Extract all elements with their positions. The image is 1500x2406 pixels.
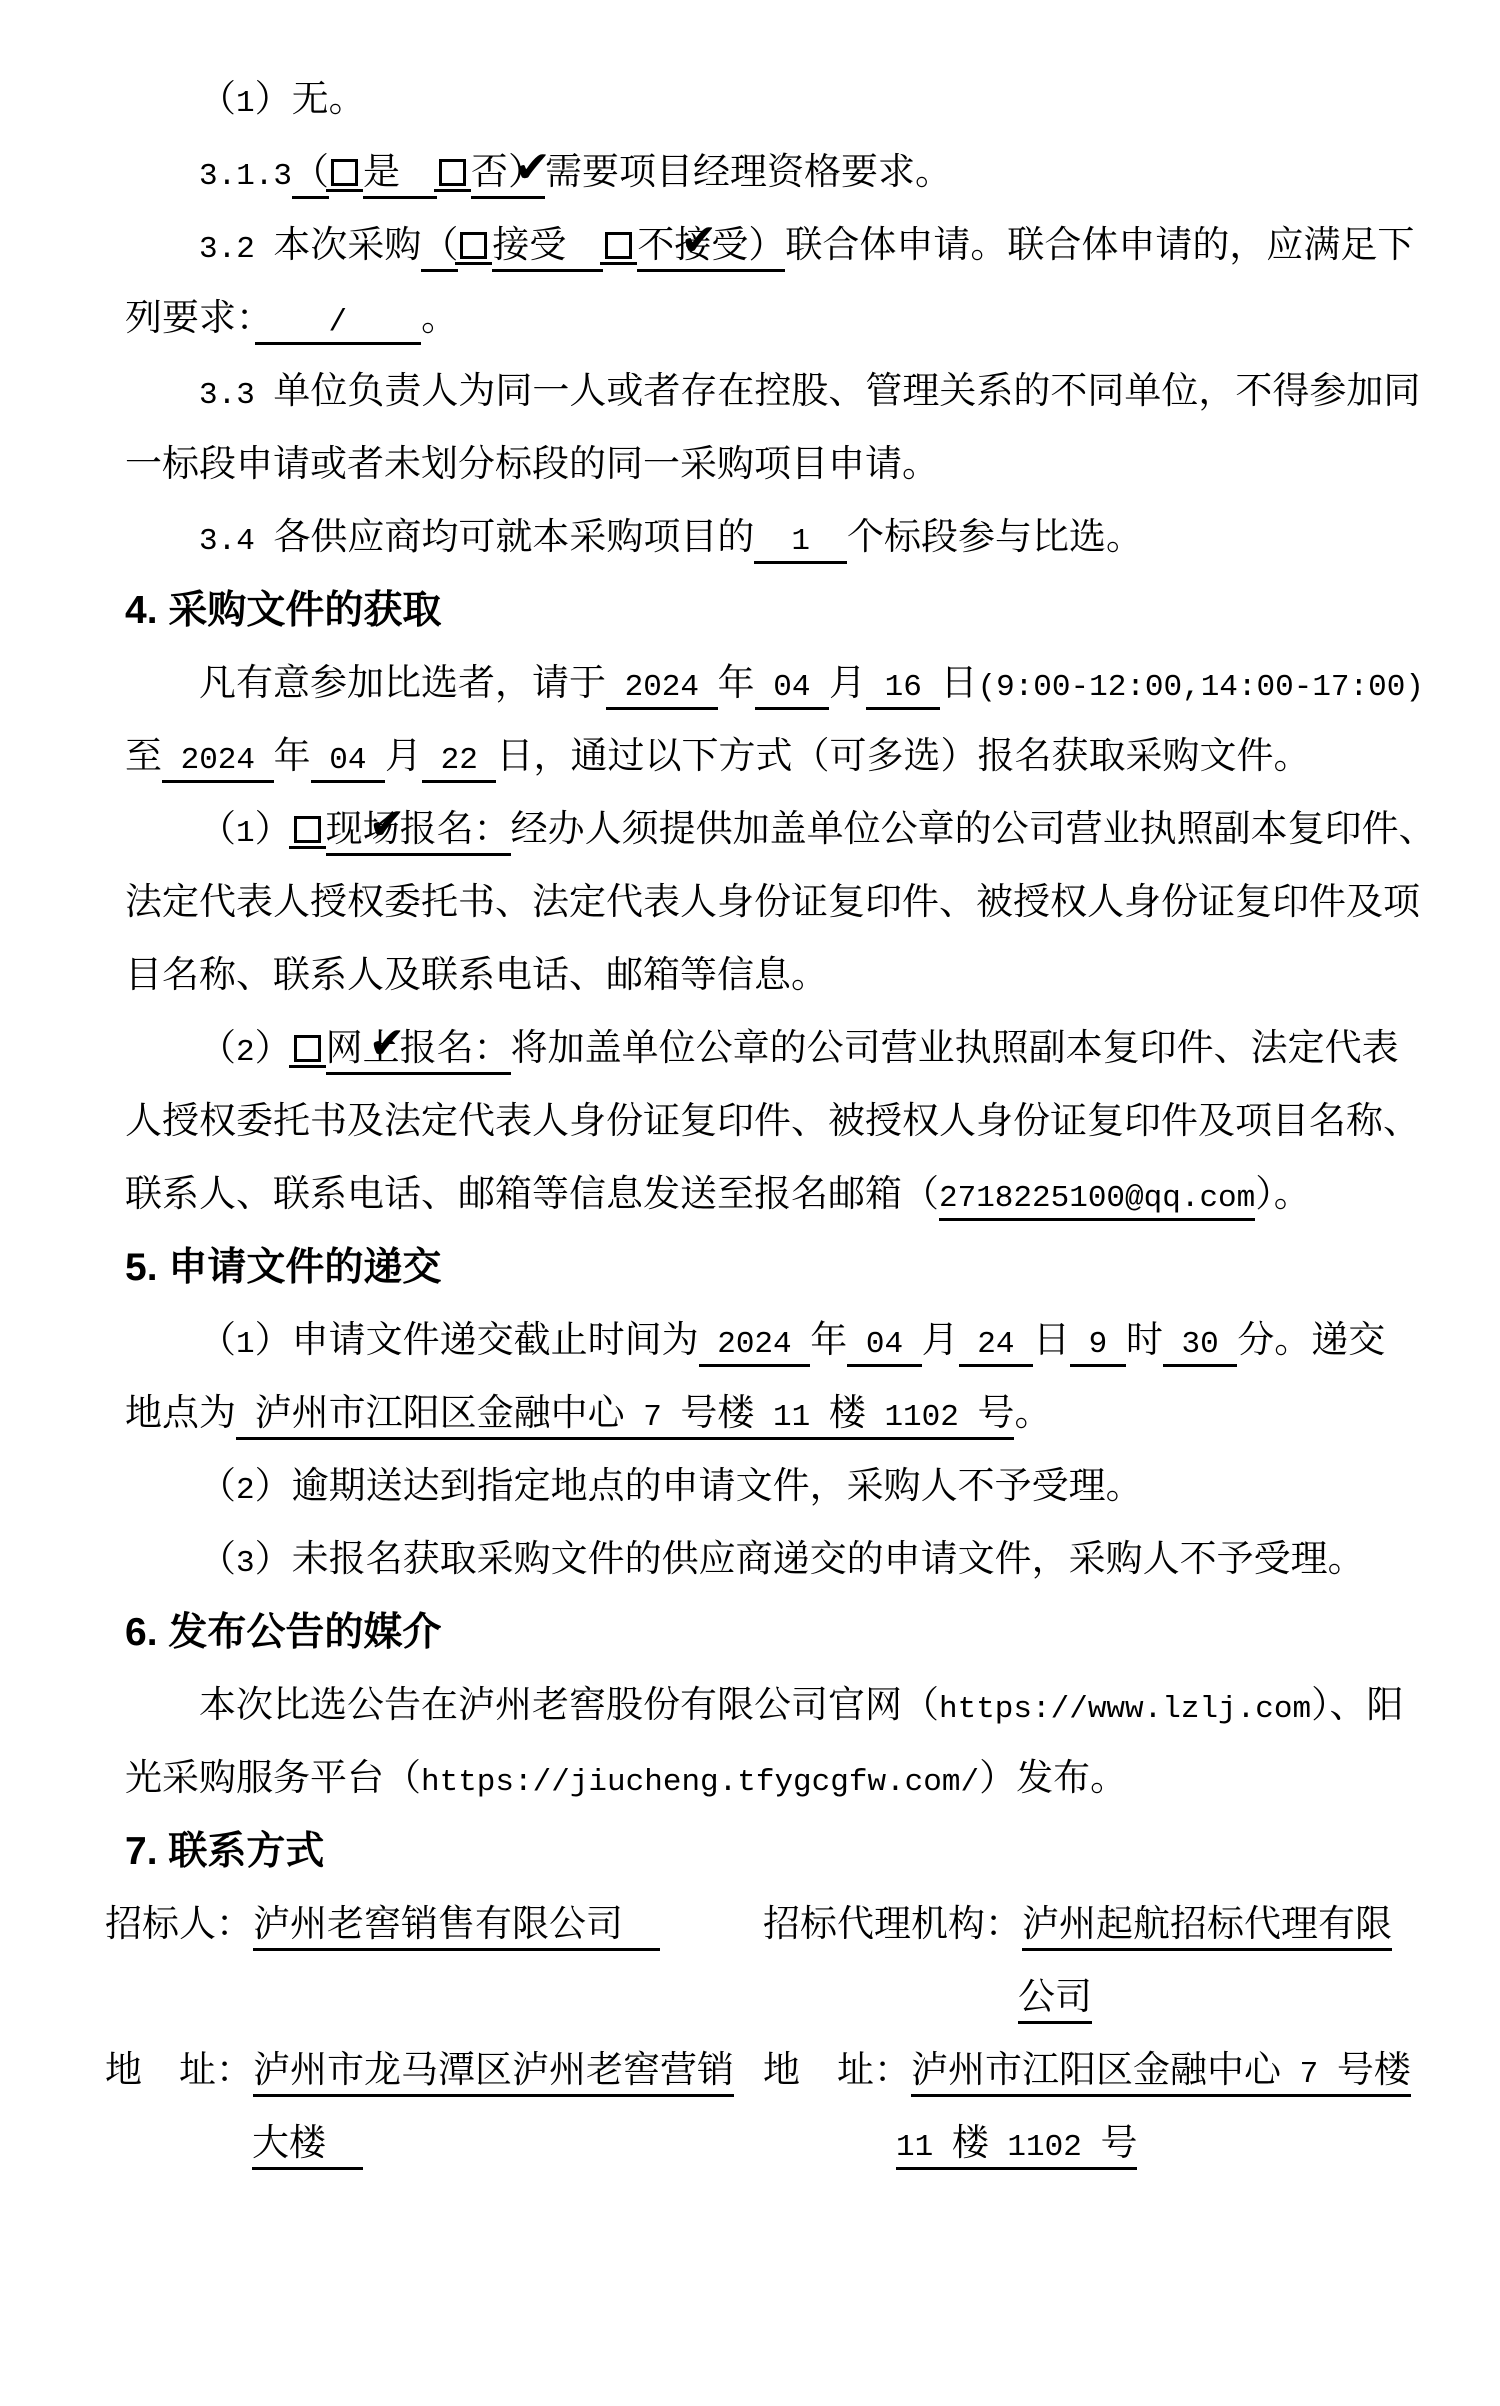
section-5-item-1-line-2: 地点为 泸州市江阳区金融中心 7 号楼 11 楼 1102 号。 bbox=[125, 1377, 1500, 1450]
latin-text bbox=[236, 1400, 255, 1435]
latin-text: 2024 bbox=[699, 1327, 811, 1362]
item-onsite-signup-line-2: 法定代表人授权委托书、法定代表人身份证复印件、被授权人身份证复印件及项 bbox=[125, 866, 1500, 939]
latin-text: 22 bbox=[422, 743, 496, 778]
latin-text: 24 bbox=[959, 1327, 1033, 1362]
text-run: 。 bbox=[1014, 1393, 1051, 1434]
underlined-text: 04 bbox=[311, 736, 385, 783]
text-run: 6. 发布公告的媒介 bbox=[125, 1611, 441, 1654]
text-run: 一标段申请或者未划分标段的同一采购项目申请。 bbox=[125, 444, 939, 485]
underlined-text: 2718225100@qq.com bbox=[939, 1174, 1255, 1221]
contact-row-addresses-continuation-col-1: 大楼 bbox=[252, 2107, 363, 2180]
underlined-text: 22 bbox=[422, 736, 496, 783]
item-online-signup-line-2: 人授权委托书及法定代表人身份证复印件、被授权人身份证复印件及项目名称、 bbox=[125, 1085, 1500, 1158]
item-onsite-signup-line-1: （1）现场报名：经办人须提供加盖单位公章的公司营业执照副本复印件、 bbox=[125, 793, 1500, 866]
latin-text: https://www.lzlj.com bbox=[939, 1692, 1311, 1727]
latin-text: / bbox=[329, 305, 348, 340]
text-run: 月 bbox=[922, 1320, 959, 1361]
text-run: 日，通过以下方式（可多选）报名获取采购文件。 bbox=[496, 736, 1310, 777]
document-page: （1）无。3.1.3（是 否）需要项目经理资格要求。3.2 本次采购（接受 不接… bbox=[0, 0, 1500, 2406]
clause-3-1-3: 3.1.3（是 否）需要项目经理资格要求。 bbox=[125, 136, 1500, 209]
text-run: 日 bbox=[1033, 1320, 1070, 1361]
clause-3-2-line-2: 列要求： / 。 bbox=[125, 282, 1500, 355]
item-online-signup-line-3: 联系人、联系电话、邮箱等信息发送至报名邮箱（2718225100@qq.com）… bbox=[125, 1158, 1500, 1231]
text-run: 5. 申请文件的递交 bbox=[125, 1246, 441, 1289]
underlined-text: 泸州市江阳区金融中心 7 号楼 11 楼 1102 号 bbox=[236, 1393, 1014, 1440]
latin-text: 1102 bbox=[989, 2130, 1101, 2165]
contact-row-addresses-col-1: 地 址：泸州市龙马潭区泸州老窖营销 bbox=[105, 2034, 734, 2107]
section-4-heading: 4. 采购文件的获取 bbox=[125, 574, 1500, 647]
underlined-text: / bbox=[255, 298, 422, 345]
section-5-item-1-line-1: （1）申请文件递交截止时间为 2024 年 04 月 24 日 9 时 30 分… bbox=[125, 1304, 1500, 1377]
text-run: 至 bbox=[125, 736, 162, 777]
text-run: 光采购服务平台（https://jiucheng.tfygcgfw.com/）发… bbox=[125, 1758, 1127, 1799]
item-online-signup-line-1: （2）网上报名：将加盖单位公章的公司营业执照副本复印件、法定代表 bbox=[125, 1012, 1500, 1085]
section-7-heading: 7. 联系方式 bbox=[125, 1815, 1500, 1888]
checkbox-empty-icon bbox=[460, 232, 487, 259]
underlined-text: 9 bbox=[1070, 1320, 1126, 1367]
text-run: 分。递交 bbox=[1237, 1320, 1385, 1361]
underlined-text: 泸州市江阳区金融中心 7 号楼 bbox=[911, 2050, 1411, 2097]
underlined-text: 大楼 bbox=[252, 2123, 363, 2170]
clause-3-3-line-1: 3.3 单位负责人为同一人或者存在控股、管理关系的不同单位，不得参加同 bbox=[125, 355, 1500, 428]
text-run: （2） bbox=[199, 1028, 292, 1069]
checkbox-checked-icon bbox=[605, 232, 632, 259]
text-run: 目名称、联系人及联系电话、邮箱等信息。 bbox=[125, 955, 828, 996]
contact-row-agency-continuation-col-1: 公司 bbox=[1018, 1961, 1092, 2034]
underlined-text: 30 bbox=[1163, 1320, 1237, 1367]
text-run: 列要求： bbox=[125, 298, 255, 339]
underlined-text: 16 bbox=[866, 663, 940, 710]
text-run: 法定代表人授权委托书、法定代表人身份证复印件、被授权人身份证复印件及项 bbox=[125, 882, 1420, 923]
text-run: 7. 联系方式 bbox=[125, 1830, 324, 1873]
section-6-para-line-2: 光采购服务平台（https://jiucheng.tfygcgfw.com/）发… bbox=[125, 1742, 1500, 1815]
text-run: 需要项目经理资格要求。 bbox=[545, 152, 952, 193]
underlined-text: 2024 bbox=[606, 663, 718, 710]
underlined-text: 泸州市龙马潭区泸州老窖营销 bbox=[253, 2050, 734, 2097]
contact-row-addresses-col-2: 地 址：泸州市江阳区金融中心 7 号楼 bbox=[763, 2034, 1411, 2111]
checkbox-checked-icon bbox=[294, 816, 321, 843]
underlined-text: 04 bbox=[755, 663, 829, 710]
contact-row-agency-continuation: 公司 bbox=[125, 1961, 1500, 2034]
latin-text: 3.4 bbox=[199, 524, 273, 559]
text-run: 招标代理机构： bbox=[763, 1904, 1022, 1945]
latin-text: 04 bbox=[847, 1327, 921, 1362]
contact-row-names: 招标人：泸州老窖销售有限公司 招标代理机构：泸州起航招标代理有限 bbox=[125, 1888, 1500, 1961]
text-run: 3.1.3 bbox=[199, 152, 292, 193]
latin-text: 2 bbox=[236, 1035, 255, 1070]
underlined-text: 11 楼 1102 号 bbox=[896, 2123, 1137, 2170]
latin-text: 30 bbox=[1163, 1327, 1237, 1362]
latin-text: https://jiucheng.tfygcgfw.com/ bbox=[421, 1765, 979, 1800]
section-6-para-line-1: 本次比选公告在泸州老窖股份有限公司官网（https://www.lzlj.com… bbox=[125, 1669, 1500, 1742]
latin-text: 3.2 bbox=[199, 232, 273, 267]
contact-row-addresses: 地 址：泸州市龙马潭区泸州老窖营销地 址：泸州市江阳区金融中心 7 号楼 bbox=[125, 2034, 1500, 2107]
underlined-text: 2024 bbox=[162, 736, 274, 783]
text-run: 人授权委托书及法定代表人身份证复印件、被授权人身份证复印件及项目名称、 bbox=[125, 1101, 1420, 1142]
item-onsite-signup-line-3: 目名称、联系人及联系电话、邮箱等信息。 bbox=[125, 939, 1500, 1012]
section-5-item-3: （3）未报名获取采购文件的供应商递交的申请文件，采购人不予受理。 bbox=[125, 1523, 1500, 1596]
contact-row-names-col-1: 招标人：泸州老窖销售有限公司 bbox=[105, 1888, 660, 1961]
clause-3-4: 3.4 各供应商均可就本采购项目的 1 个标段参与比选。 bbox=[125, 501, 1500, 574]
underlined-text: 泸州起航招标代理有限 bbox=[1022, 1904, 1392, 1951]
contact-row-addresses-continuation-col-2: 11 楼 1102 号 bbox=[896, 2107, 1137, 2184]
text-run: 招标人： bbox=[105, 1904, 253, 1945]
text-run: 联合体申请。联合体申请的，应满足下 bbox=[785, 225, 1414, 266]
latin-text: 2 bbox=[236, 1473, 255, 1508]
text-run: 4. 采购文件的获取 bbox=[125, 589, 441, 632]
latin-text: 16 bbox=[866, 670, 940, 705]
text-run: 年 bbox=[810, 1320, 847, 1361]
section-5-heading: 5. 申请文件的递交 bbox=[125, 1231, 1500, 1304]
latin-text: 1 bbox=[236, 816, 255, 851]
underlined-text: 2024 bbox=[699, 1320, 811, 1367]
latin-text: 7 bbox=[625, 1400, 681, 1435]
underlined-text: 1 bbox=[754, 517, 847, 564]
text-run: （1）申请文件递交截止时间为 bbox=[199, 1320, 699, 1361]
text-run: （2）逾期送达到指定地点的申请文件，采购人不予受理。 bbox=[199, 1466, 1143, 1507]
checkbox-checked-icon bbox=[294, 1035, 321, 1062]
underlined-text: 接受 bbox=[492, 225, 603, 272]
text-run: 联系人、联系电话、邮箱等信息发送至报名邮箱（ bbox=[125, 1174, 939, 1215]
text-run: 年 bbox=[718, 663, 755, 704]
text-run: 3.4 各供应商均可就本采购项目的 bbox=[199, 517, 754, 558]
latin-text: 1 bbox=[236, 86, 255, 121]
clause-item-1-none: （1）无。 bbox=[125, 63, 1500, 136]
text-run: 。 bbox=[421, 298, 458, 339]
underlined-text: （ bbox=[421, 225, 458, 272]
latin-text: 3 bbox=[236, 1546, 255, 1581]
section-4-para-line-1: 凡有意参加比选者，请于 2024 年 04 月 16 日(9:00-12:00,… bbox=[125, 647, 1500, 720]
latin-text: 7 bbox=[1281, 2057, 1337, 2092]
clause-3-3-line-2: 一标段申请或者未划分标段的同一采购项目申请。 bbox=[125, 428, 1500, 501]
text-run: 凡有意参加比选者，请于 bbox=[199, 663, 606, 704]
checkbox-checked-icon bbox=[439, 159, 466, 186]
section-4-para-line-2: 至 2024 年 04 月 22 日，通过以下方式（可多选）报名获取采购文件。 bbox=[125, 720, 1500, 793]
text-run: 本次比选公告在泸州老窖股份有限公司官网（https://www.lzlj.com… bbox=[199, 1685, 1404, 1726]
text-run: （1）无。 bbox=[199, 79, 366, 120]
latin-text: 11 bbox=[754, 1400, 828, 1435]
latin-text: 3.1.3 bbox=[199, 159, 292, 194]
checkbox-empty-icon bbox=[331, 159, 358, 186]
text-run: 3.2 本次采购 bbox=[199, 225, 421, 266]
document-content: （1）无。3.1.3（是 否）需要项目经理资格要求。3.2 本次采购（接受 不接… bbox=[125, 63, 1500, 2180]
text-run: 将加盖单位公章的公司营业执照副本复印件、法定代表 bbox=[511, 1028, 1399, 1069]
latin-text: 1 bbox=[791, 524, 810, 559]
latin-text: 04 bbox=[755, 670, 829, 705]
section-6-heading: 6. 发布公告的媒介 bbox=[125, 1596, 1500, 1669]
text-run: 地 址： bbox=[105, 2050, 253, 2091]
text-run: 经办人须提供加盖单位公章的公司营业执照副本复印件、 bbox=[511, 809, 1436, 850]
contact-row-addresses-continuation: 大楼 11 楼 1102 号 bbox=[125, 2107, 1500, 2180]
text-run: 地点为 bbox=[125, 1393, 236, 1434]
underlined-text: 04 bbox=[847, 1320, 921, 1367]
underlined-text: 公司 bbox=[1018, 1977, 1092, 2024]
latin-text: 1 bbox=[236, 1327, 255, 1362]
text-run: 地 址： bbox=[763, 2050, 911, 2091]
underlined-text: 是 bbox=[363, 152, 437, 199]
text-run: 月 bbox=[385, 736, 422, 777]
latin-text: 11 bbox=[896, 2130, 952, 2165]
latin-text: 2718225100@qq.com bbox=[939, 1181, 1255, 1216]
contact-row-names-col-2: 招标代理机构：泸州起航招标代理有限 bbox=[763, 1888, 1392, 1961]
latin-text: 9 bbox=[1070, 1327, 1126, 1362]
latin-text: (9:00-12:00,14:00-17:00) bbox=[977, 670, 1423, 705]
latin-text: 04 bbox=[311, 743, 385, 778]
clause-3-2-line-1: 3.2 本次采购（接受 不接受）联合体申请。联合体申请的，应满足下 bbox=[125, 209, 1500, 282]
text-run: 个标段参与比选。 bbox=[847, 517, 1143, 558]
section-5-item-2: （2）逾期送达到指定地点的申请文件，采购人不予受理。 bbox=[125, 1450, 1500, 1523]
text-run: （1） bbox=[199, 809, 292, 850]
underlined-text: （ bbox=[292, 152, 329, 199]
text-run: ）。 bbox=[1255, 1174, 1311, 1215]
latin-text: 3.3 bbox=[199, 378, 273, 413]
latin-text: 2024 bbox=[606, 670, 718, 705]
latin-text: 2024 bbox=[162, 743, 274, 778]
text-run: 年 bbox=[274, 736, 311, 777]
latin-text: 1102 bbox=[866, 1400, 978, 1435]
text-run: 时 bbox=[1126, 1320, 1163, 1361]
underlined-text: 泸州老窖销售有限公司 bbox=[253, 1904, 660, 1951]
text-run: 3.3 单位负责人为同一人或者存在控股、管理关系的不同单位，不得参加同 bbox=[199, 371, 1420, 412]
text-run: （3）未报名获取采购文件的供应商递交的申请文件，采购人不予受理。 bbox=[199, 1539, 1365, 1580]
text-run: 月 bbox=[829, 663, 866, 704]
underlined-text: 24 bbox=[959, 1320, 1033, 1367]
text-run: 日(9:00-12:00,14:00-17:00) bbox=[940, 663, 1423, 704]
